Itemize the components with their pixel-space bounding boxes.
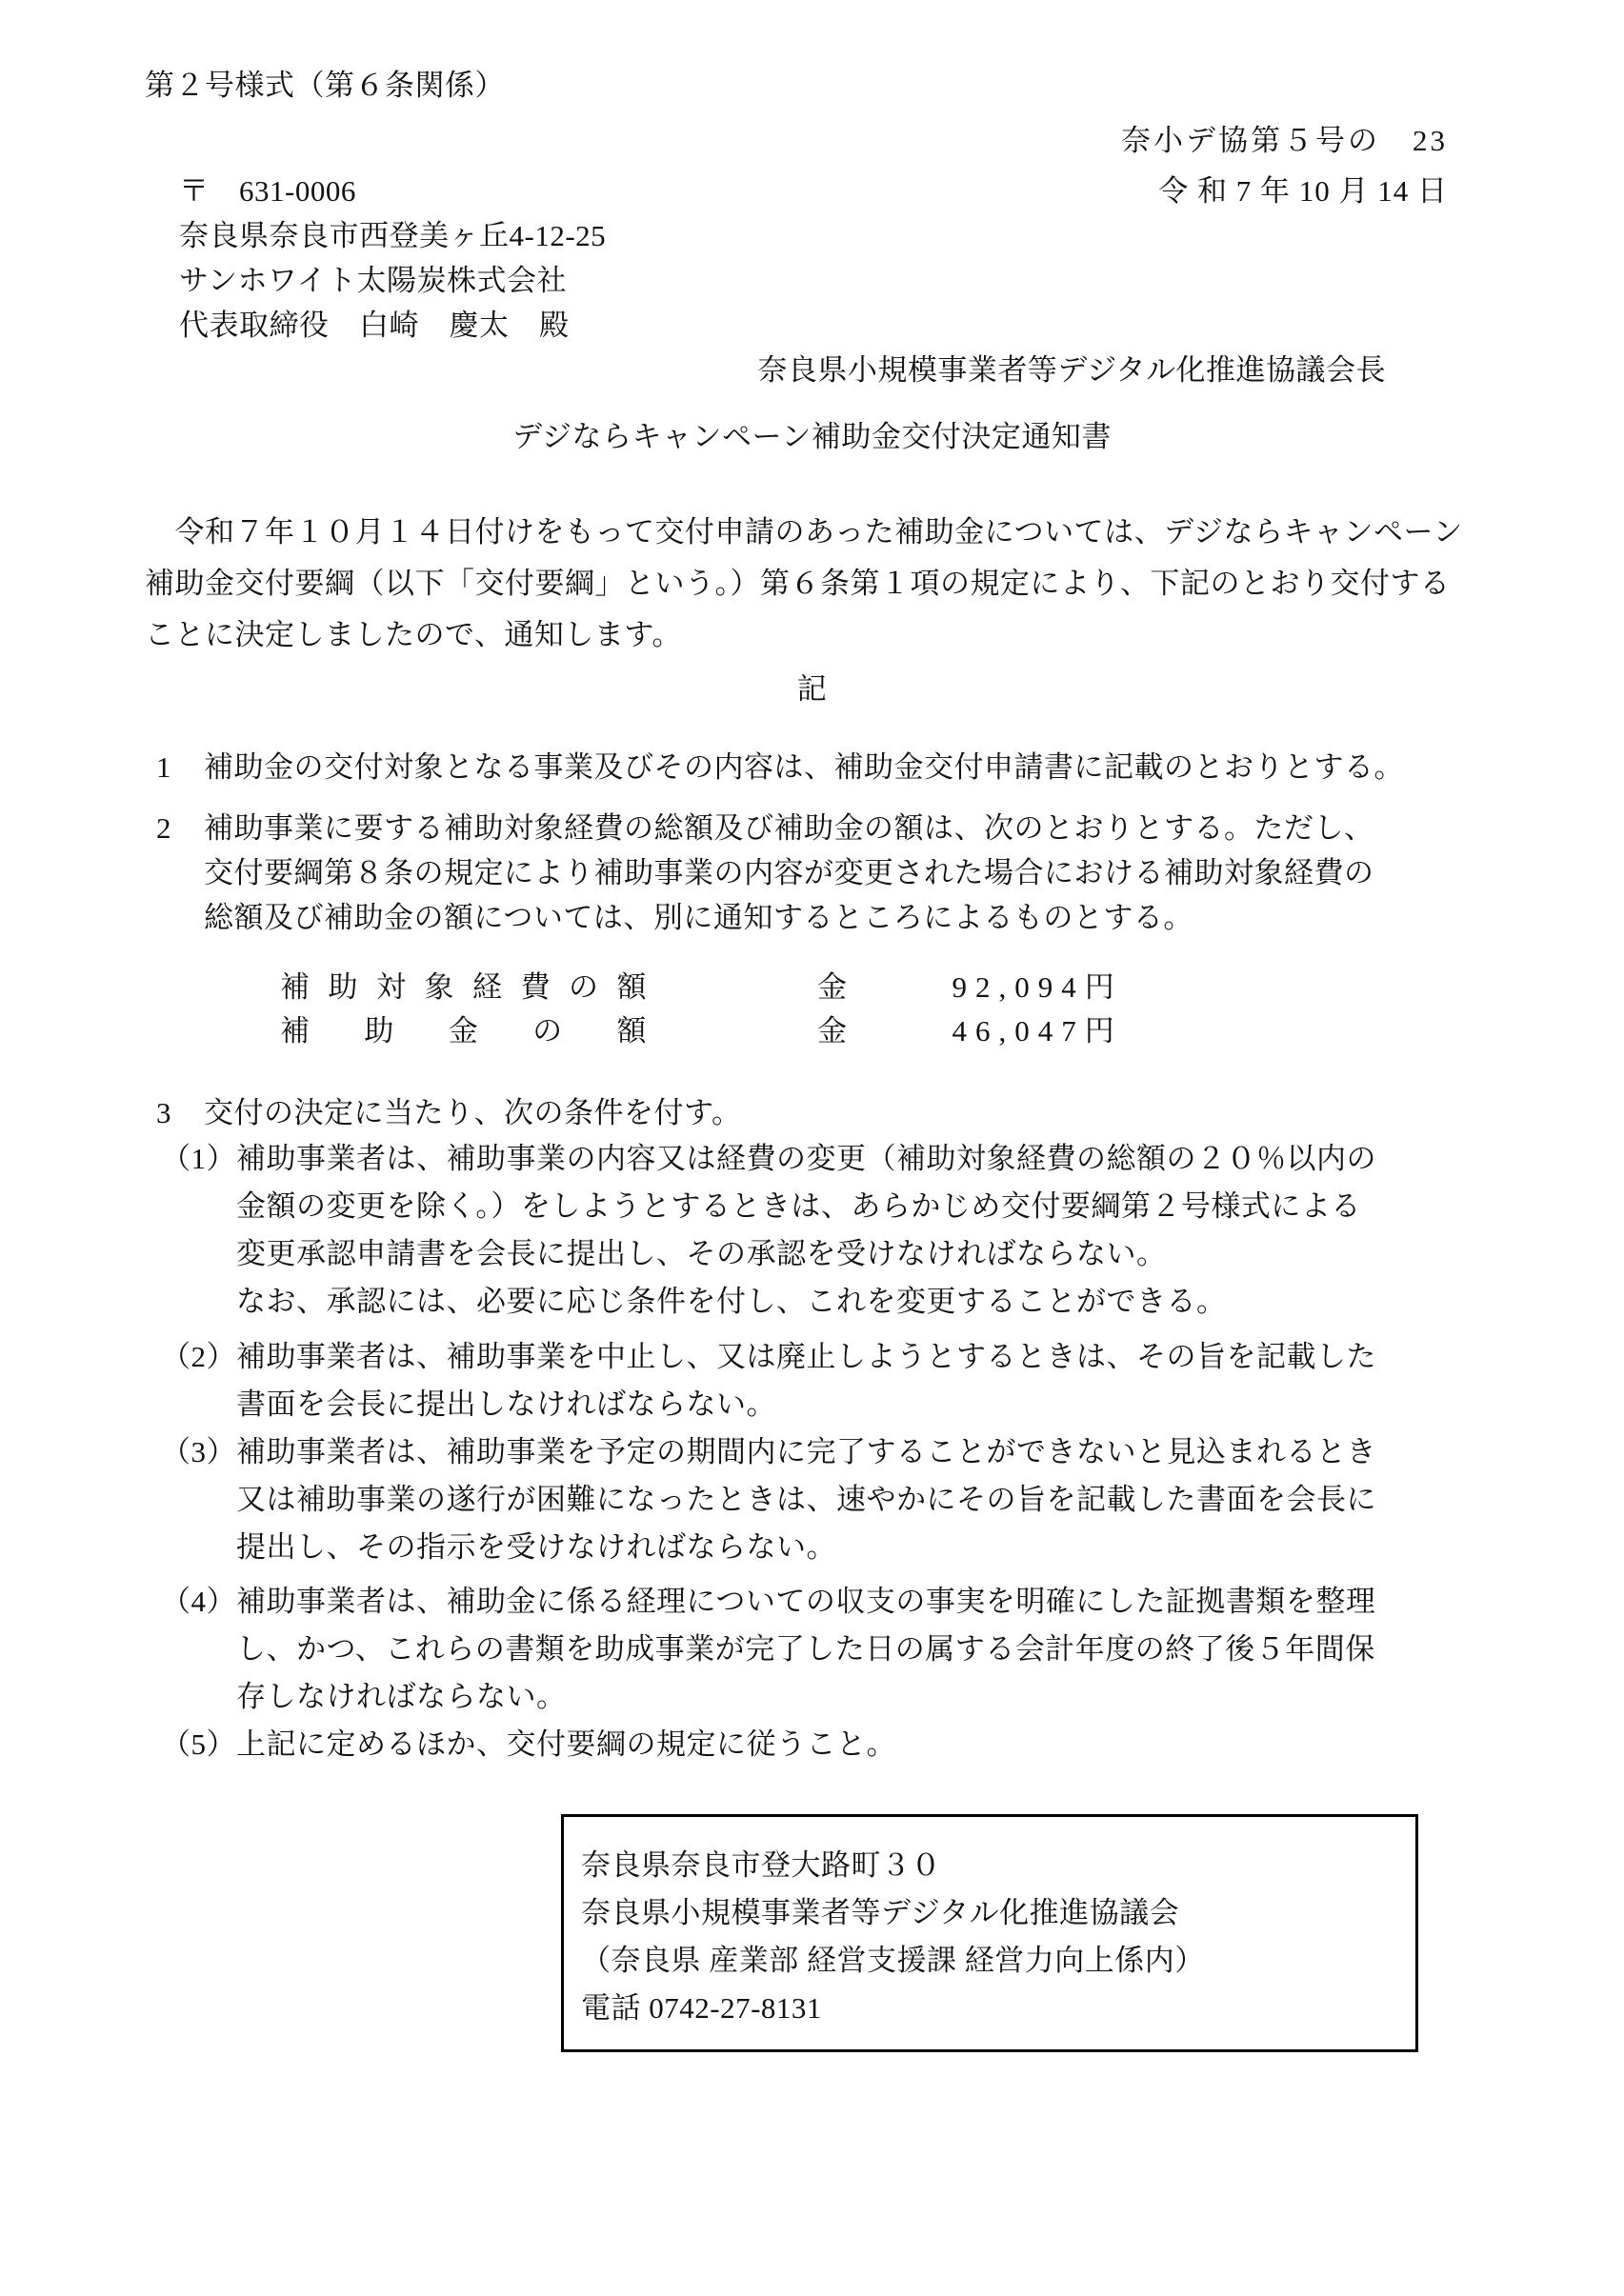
ki-heading: 記	[0, 672, 1624, 707]
numbered-item-3: 3 交付の決定に当たり、次の条件を付す。	[156, 1090, 1448, 1135]
condition-number: （3）	[161, 1428, 236, 1571]
condition-number: （5）	[161, 1721, 236, 1768]
condition-line: 提出し、その指示を受けなければならない。	[236, 1524, 1376, 1571]
condition-number: （1）	[161, 1135, 236, 1326]
contact-box: 奈良県奈良市登大路町３０ 奈良県小規模事業者等デジタル化推進協議会 （奈良県 産…	[561, 1814, 1418, 2052]
issue-date: 令 和 7 年 10 月 14 日	[1158, 169, 1448, 213]
document-title: デジならキャンペーン補助金交付決定通知書	[0, 420, 1624, 454]
condition-line: なお、承認には、必要に応じ条件を付し、これを変更することができる。	[236, 1278, 1376, 1326]
condition-line: 又は補助事業の遂行が困難になったときは、速やかにその旨を記載した書面を会長に	[236, 1476, 1376, 1524]
condition-line: 存しなければならない。	[236, 1673, 1375, 1721]
condition-number: （2）	[161, 1333, 236, 1428]
condition-number: （4）	[161, 1578, 236, 1721]
condition-line: 補助事業者は、補助金に係る経理についての収支の事実を明確にした証拠書類を整理	[236, 1578, 1375, 1626]
condition-line: 補助事業者は、補助事業を中止し、又は廃止しようとするときは、その旨を記載した	[236, 1333, 1376, 1381]
numbered-item-1: 1 補助金の交付対象となる事業及びその内容は、補助金交付申請書に記載のとおりとす…	[156, 744, 1448, 791]
amount-row-subsidy: 補助金の額 金 46,047円	[280, 1009, 1448, 1053]
condition-text: 補助事業者は、補助金に係る経理についての収支の事実を明確にした証拠書類を整理 し…	[236, 1578, 1375, 1721]
issuer-title: 奈良県小規模事業者等デジタル化推進協議会長	[145, 348, 1448, 392]
amount-label: 補助対象経費の額	[280, 966, 647, 1009]
condition-line: し、かつ、これらの書類を助成事業が完了した日の属する会計年度の終了後５年間保	[236, 1626, 1375, 1673]
condition-text: 補助事業者は、補助事業の内容又は経費の変更（補助対象経費の総額の２０％以内の 金…	[236, 1135, 1376, 1326]
item-number: 2	[156, 806, 204, 940]
body-line: 令和７年１０月１４日付けをもって交付申請のあった補助金については、デジならキャン…	[145, 507, 1448, 558]
contact-phone: 電話 0742-27-8131	[581, 1985, 1396, 2032]
condition-item-1: （1） 補助事業者は、補助事業の内容又は経費の変更（補助対象経費の総額の２０％以…	[161, 1135, 1448, 1326]
condition-line: 書面を会長に提出しなければならない。	[236, 1381, 1376, 1428]
document-page: 第２号様式（第６条関係） 奈小デ協第５号の 23 〒 631-0006 令 和 …	[0, 0, 1624, 2296]
item-text: 補助事業に要する補助対象経費の総額及び補助金の額は、次のとおりとする。ただし、 …	[204, 806, 1374, 940]
condition-item-4: （4） 補助事業者は、補助金に係る経理についての収支の事実を明確にした証拠書類を…	[161, 1578, 1448, 1721]
numbered-item-2: 2 補助事業に要する補助対象経費の総額及び補助金の額は、次のとおりとする。ただし…	[156, 806, 1448, 940]
condition-line: 補助事業者は、補助事業を予定の期間内に完了することができないと見込まれるとき	[236, 1428, 1376, 1476]
item-text: 補助金の交付対象となる事業及びその内容は、補助金交付申請書に記載のとおりとする。	[204, 744, 1404, 791]
item-line: 交付要綱第８条の規定により補助事業の内容が変更された場合における補助対象経費の	[204, 850, 1374, 895]
body-line: 補助金交付要綱（以下「交付要綱」という。）第６条第１項の規定により、下記のとおり…	[145, 558, 1448, 609]
condition-text: 補助事業者は、補助事業を予定の期間内に完了することができないと見込まれるとき 又…	[236, 1428, 1376, 1571]
conditions-list: （1） 補助事業者は、補助事業の内容又は経費の変更（補助対象経費の総額の２０％以…	[145, 1135, 1448, 1768]
amount-value: 46,047円	[952, 1009, 1123, 1053]
currency-prefix: 金	[817, 966, 848, 1009]
condition-text: 上記に定めるほか、交付要綱の規定に従うこと。	[236, 1721, 896, 1768]
body-line: ことに決定しましたので、通知します。	[145, 609, 1448, 661]
contact-address: 奈良県奈良市登大路町３０	[581, 1842, 1396, 1889]
item-line: 総額及び補助金の額については、別に通知するところによるものとする。	[204, 895, 1374, 940]
amount-label: 補助金の額	[280, 1009, 647, 1053]
condition-item-2: （2） 補助事業者は、補助事業を中止し、又は廃止しようとするときは、その旨を記載…	[161, 1333, 1448, 1428]
addressee-recipient: 代表取締役 白崎 慶太 殿	[179, 303, 1448, 348]
addressee-block: 〒 631-0006 令 和 7 年 10 月 14 日 奈良県奈良市西登美ヶ丘…	[145, 169, 1448, 348]
addressee-company: サンホワイト太陽炭株式会社	[179, 258, 1448, 303]
contact-organization: 奈良県小規模事業者等デジタル化推進協議会	[581, 1889, 1396, 1937]
item-number: 1	[156, 744, 204, 791]
condition-item-5: （5） 上記に定めるほか、交付要綱の規定に従うこと。	[161, 1721, 1448, 1768]
amount-row-subsidy-target: 補助対象経費の額 金 92,094円	[280, 966, 1448, 1009]
addressee-address: 奈良県奈良市西登美ヶ丘4-12-25	[179, 213, 1448, 258]
amount-value: 92,094円	[952, 966, 1123, 1009]
item-number: 3	[156, 1090, 204, 1135]
condition-item-3: （3） 補助事業者は、補助事業を予定の期間内に完了することができないと見込まれる…	[161, 1428, 1448, 1571]
currency-prefix: 金	[817, 1009, 848, 1053]
form-number: 第２号様式（第６条関係）	[145, 69, 1448, 103]
condition-line: 上記に定めるほか、交付要綱の規定に従うこと。	[236, 1721, 896, 1768]
item-line: 交付の決定に当たり、次の条件を付す。	[204, 1090, 742, 1135]
reference-number: 奈小デ協第５号の 23	[145, 124, 1448, 158]
item-text: 交付の決定に当たり、次の条件を付す。	[204, 1090, 742, 1135]
postal-code: 〒 631-0006	[179, 174, 356, 208]
body-paragraph: 令和７年１０月１４日付けをもって交付申請のあった補助金については、デジならキャン…	[145, 507, 1448, 661]
item-line: 補助事業に要する補助対象経費の総額及び補助金の額は、次のとおりとする。ただし、	[204, 806, 1374, 850]
postal-row: 〒 631-0006 令 和 7 年 10 月 14 日	[179, 169, 1448, 213]
item-line: 補助金の交付対象となる事業及びその内容は、補助金交付申請書に記載のとおりとする。	[204, 744, 1404, 791]
condition-line: 補助事業者は、補助事業の内容又は経費の変更（補助対象経費の総額の２０％以内の	[236, 1135, 1376, 1183]
condition-line: 変更承認申請書を会長に提出し、その承認を受けなければならない。	[236, 1230, 1376, 1278]
condition-text: 補助事業者は、補助事業を中止し、又は廃止しようとするときは、その旨を記載した 書…	[236, 1333, 1376, 1428]
condition-line: 金額の変更を除く。）をしようとするときは、あらかじめ交付要綱第２号様式による	[236, 1183, 1376, 1230]
amounts-block: 補助対象経費の額 金 92,094円 補助金の額 金 46,047円	[145, 966, 1448, 1053]
contact-department: （奈良県 産業部 経営支援課 経営力向上係内）	[581, 1937, 1396, 1985]
